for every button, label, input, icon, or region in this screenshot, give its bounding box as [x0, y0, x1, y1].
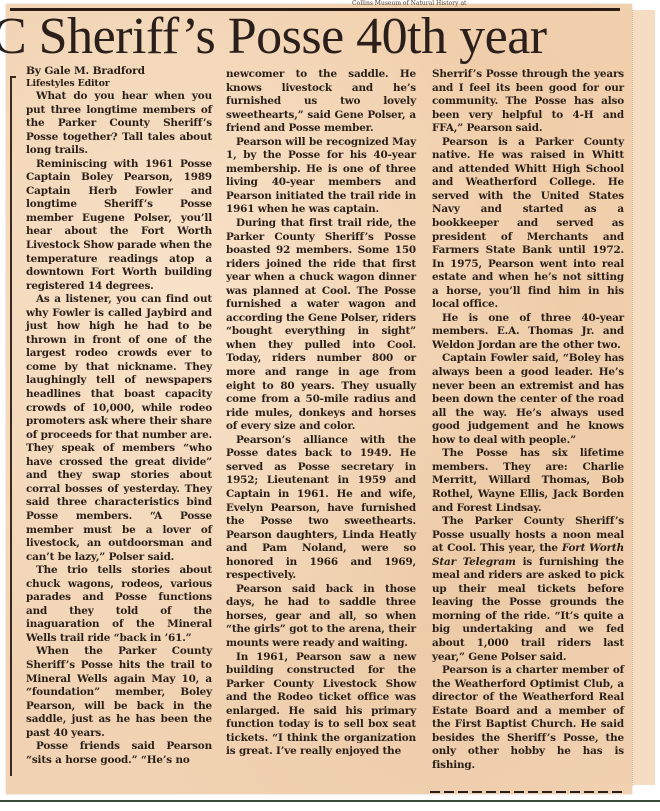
paragraph: Pearson’s alliance with the Posse dates …	[226, 434, 416, 583]
paragraph: The Posse has six lifetime members. They…	[432, 447, 624, 515]
paragraph: Pearson will be recognized May 1, by the…	[226, 136, 416, 217]
paragraph: Pearson said back in those days, he had …	[226, 583, 416, 651]
photo-credit: Collins Museum of Natural History at	[352, 0, 466, 7]
end-of-story-dashes	[430, 791, 626, 793]
paragraph: The trio tells stories about chuck wagon…	[26, 564, 212, 645]
paragraph: Pearson is a charter member of the Weath…	[432, 664, 624, 772]
paragraph: As a listener, you can find out why Fowl…	[26, 293, 212, 564]
paragraph: He is one of three 40-year members. E.A.…	[432, 312, 624, 353]
meal-text-after: is furnishing the meal and riders are as…	[432, 556, 624, 663]
left-column-rule	[10, 76, 12, 776]
paragraph: Pearson is a Parker County native. He wa…	[432, 136, 624, 312]
article-column-2: newcomer to the saddle. He knows livesto…	[226, 68, 416, 759]
paragraph: Posse friends said Pearson “sits a horse…	[26, 740, 212, 767]
paragraph: In 1961, Pearson saw a new building cons…	[226, 651, 416, 759]
byline-role: Lifestyles Editor	[26, 78, 212, 90]
paragraph: Captain Fowler said, “Boley has always b…	[432, 352, 624, 447]
byline-author: By Gale M. Bradford	[26, 65, 212, 78]
article-column-1: By Gale M. Bradford Lifestyles Editor Wh…	[26, 65, 212, 767]
bottom-edge	[0, 800, 660, 811]
paragraph: Reminiscing with 1961 Posse Captain Bole…	[26, 158, 212, 293]
paragraph: When the Parker County Sheriff’s Posse h…	[26, 645, 212, 740]
paragraph-meal: The Parker County Sheriff’s Posse usuall…	[432, 515, 624, 664]
article-column-3: Sherrif’s Posse through the years and I …	[432, 68, 624, 772]
paragraph: newcomer to the saddle. He knows livesto…	[226, 68, 416, 136]
adjacent-paper-strip	[632, 10, 655, 785]
left-rule-tick	[10, 76, 16, 78]
paragraph: Sherrif’s Posse through the years and I …	[432, 68, 624, 136]
top-cut-text	[120, 0, 540, 8]
paragraph: What do you hear when you put three long…	[26, 90, 212, 158]
headline: C Sheriff’s Posse 40th year	[0, 10, 632, 64]
paragraph: During that first trail ride, the Parker…	[226, 217, 416, 434]
